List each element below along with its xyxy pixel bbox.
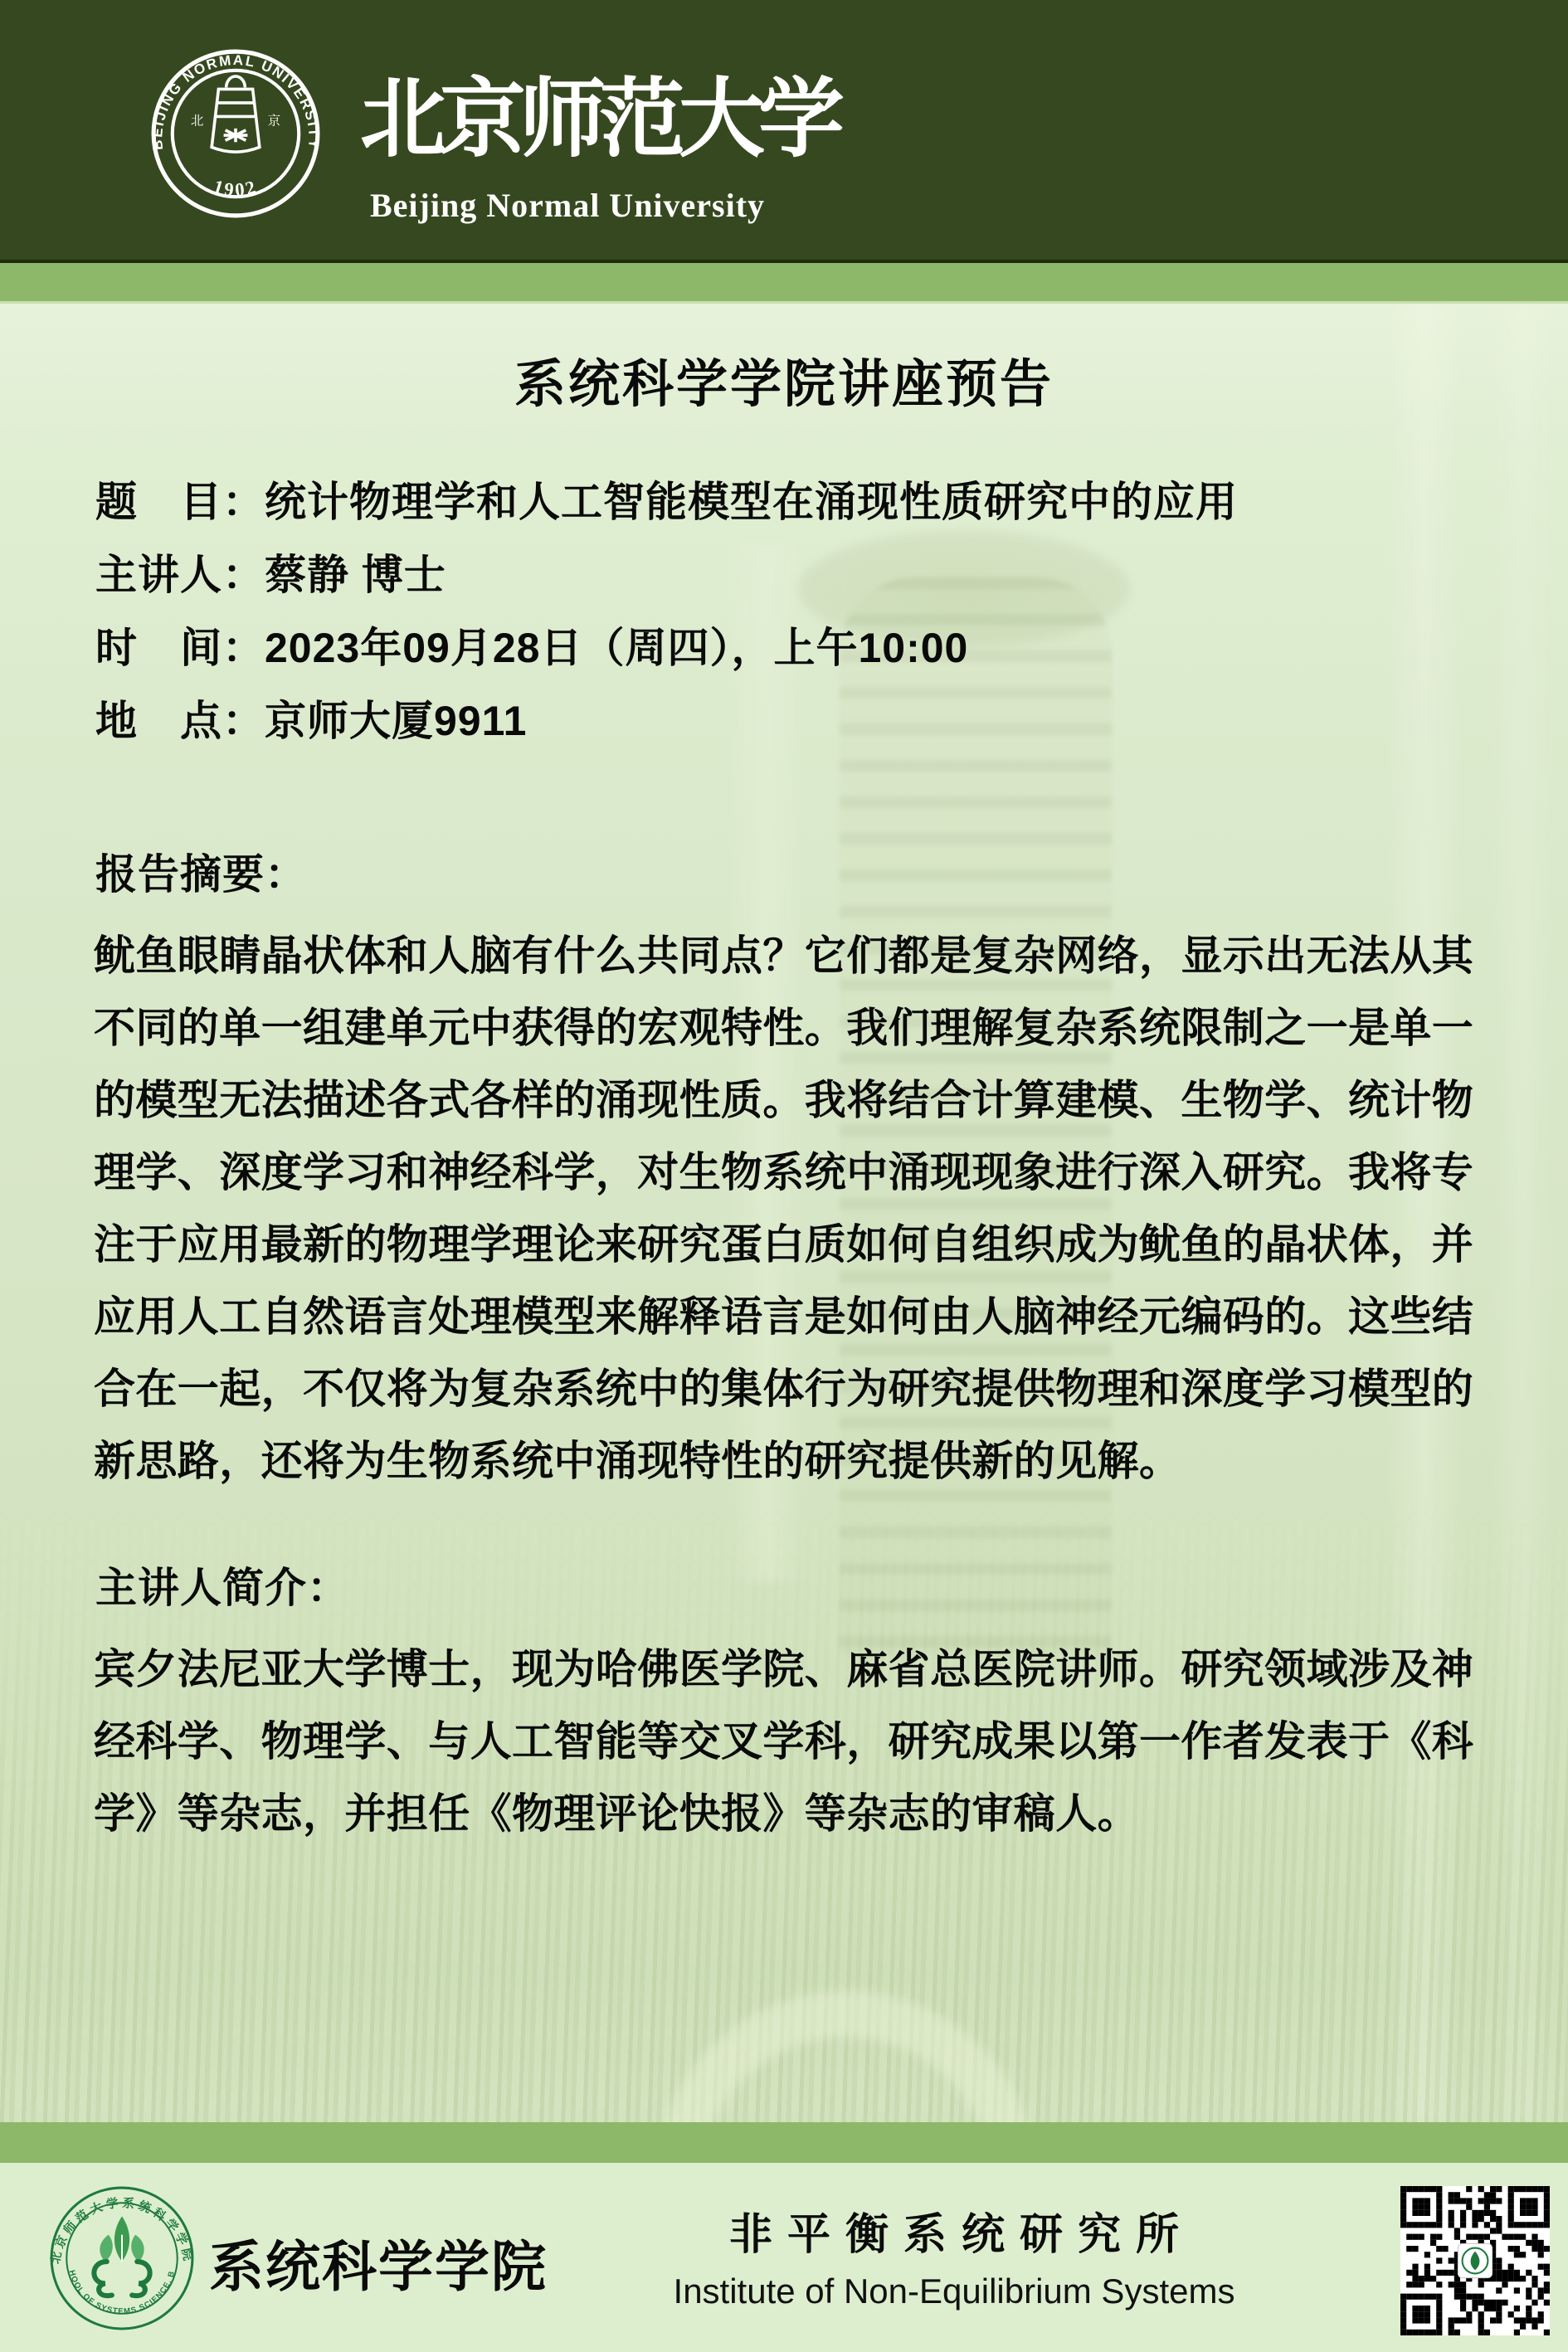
background-arch-art — [655, 1991, 1037, 2122]
school-name: 系统科学学院 — [209, 2223, 548, 2301]
abstract-line: 不同的单一组建单元中获得的宏观特性。我们理解复杂系统限制之一是单一 — [94, 992, 1504, 1064]
bio-heading: 主讲人简介： — [95, 1555, 349, 1614]
detail-topic-value: 统计物理学和人工智能模型在涌现性质研究中的应用 — [265, 479, 1238, 525]
abstract-line: 注于应用最新的物理学理论来研究蛋白质如何自组织成为鱿鱼的晶状体，并 — [94, 1209, 1504, 1281]
seal-side-mark-left: 北 — [191, 114, 203, 129]
school-of-systems-science-seal-icon: 北京师范大学系统科学学院 SCHOOL OF SYSTEMS SCIENCE, … — [48, 2184, 196, 2332]
seal-bell-emblem — [212, 76, 260, 152]
sss-leaf-emblem — [94, 2216, 149, 2296]
detail-location: 地 点：京师大厦9911 — [95, 684, 1238, 757]
institute-name-en: Institute of Non-Equilibrium Systems — [581, 2272, 1327, 2311]
abstract-line: 新思路，还将为生物系统中涌现特性的研究提供新的见解。 — [94, 1425, 1504, 1497]
lecture-details: 题 目：统计物理学和人工智能模型在涌现性质研究中的应用 主讲人：蔡静 博士 时 … — [95, 465, 1238, 757]
bio-line: 经科学、物理学、与人工智能等交叉学科，研究成果以第一作者发表于《科 — [94, 1706, 1504, 1778]
bio-line: 学》等杂志，并担任《物理评论快报》等杂志的审稿人。 — [94, 1778, 1504, 1850]
detail-time: 时 间：2023年09月28日（周四），上午10:00 — [95, 611, 1238, 684]
abstract-line: 应用人工自然语言处理模型来解释语言是如何由人脑神经元编码的。这些结 — [94, 1281, 1504, 1353]
divider-strip-top — [0, 260, 1568, 304]
bio-text: 宾夕法尼亚大学博士，现为哈佛医学院、麻省总医院讲师。研究领域涉及神 经科学、物理… — [94, 1634, 1504, 1850]
lecture-poster: BEIJING NORMAL UNIVERSITY 1902 北 京 北京师范大… — [0, 0, 1568, 2352]
detail-topic: 题 目：统计物理学和人工智能模型在涌现性质研究中的应用 — [95, 465, 1238, 538]
detail-speaker-label: 主讲人： — [95, 552, 265, 598]
detail-time-label: 时 间： — [95, 625, 265, 671]
university-name-zh: 北京师范大学 — [360, 73, 838, 168]
detail-location-label: 地 点： — [95, 698, 265, 744]
divider-strip-bottom — [0, 2122, 1568, 2163]
detail-speaker-value: 蔡静 博士 — [265, 552, 446, 598]
abstract-line: 理学、深度学习和神经科学，对生物系统中涌现现象进行深入研究。我将专 — [94, 1137, 1504, 1209]
header-band: BEIJING NORMAL UNIVERSITY 1902 北 京 北京师范大… — [0, 0, 1568, 260]
institute-block: 非平衡系统研究所 Institute of Non-Equilibrium Sy… — [581, 2199, 1327, 2311]
detail-time-value: 2023年09月28日（周四），上午10:00 — [265, 625, 968, 671]
bio-line: 宾夕法尼亚大学博士，现为哈佛医学院、麻省总医院讲师。研究领域涉及神 — [94, 1634, 1504, 1706]
abstract-line: 合在一起，不仅将为复杂系统中的集体行为研究提供物理和深度学习模型的 — [94, 1353, 1504, 1425]
seal-side-mark-right: 京 — [268, 114, 280, 129]
poster-body: 系统科学学院讲座预告 题 目：统计物理学和人工智能模型在涌现性质研究中的应用 主… — [0, 304, 1568, 2122]
institute-name-zh: 非平衡系统研究所 — [581, 2199, 1327, 2262]
detail-topic-label: 题 目： — [95, 479, 265, 525]
abstract-heading: 报告摘要： — [95, 841, 307, 901]
footer-band: 北京师范大学系统科学学院 SCHOOL OF SYSTEMS SCIENCE, … — [0, 2163, 1568, 2352]
university-name-en: Beijing Normal University — [370, 186, 765, 225]
abstract-line: 鱿鱼眼睛晶状体和人脑有什么共同点？它们都是复杂网络，显示出无法从其 — [94, 920, 1504, 992]
abstract-text: 鱿鱼眼睛晶状体和人脑有什么共同点？它们都是复杂网络，显示出无法从其 不同的单一组… — [94, 920, 1504, 1497]
detail-location-value: 京师大厦9911 — [265, 698, 527, 744]
bnu-seal-icon: BEIJING NORMAL UNIVERSITY 1902 北 京 — [150, 48, 321, 219]
wechat-qr-code — [1400, 2186, 1550, 2335]
poster-title: 系统科学学院讲座预告 — [0, 343, 1568, 416]
abstract-line: 的模型无法描述各式各样的涌现性质。我将结合计算建模、生物学、统计物 — [94, 1064, 1504, 1137]
detail-speaker: 主讲人：蔡静 博士 — [95, 538, 1238, 611]
